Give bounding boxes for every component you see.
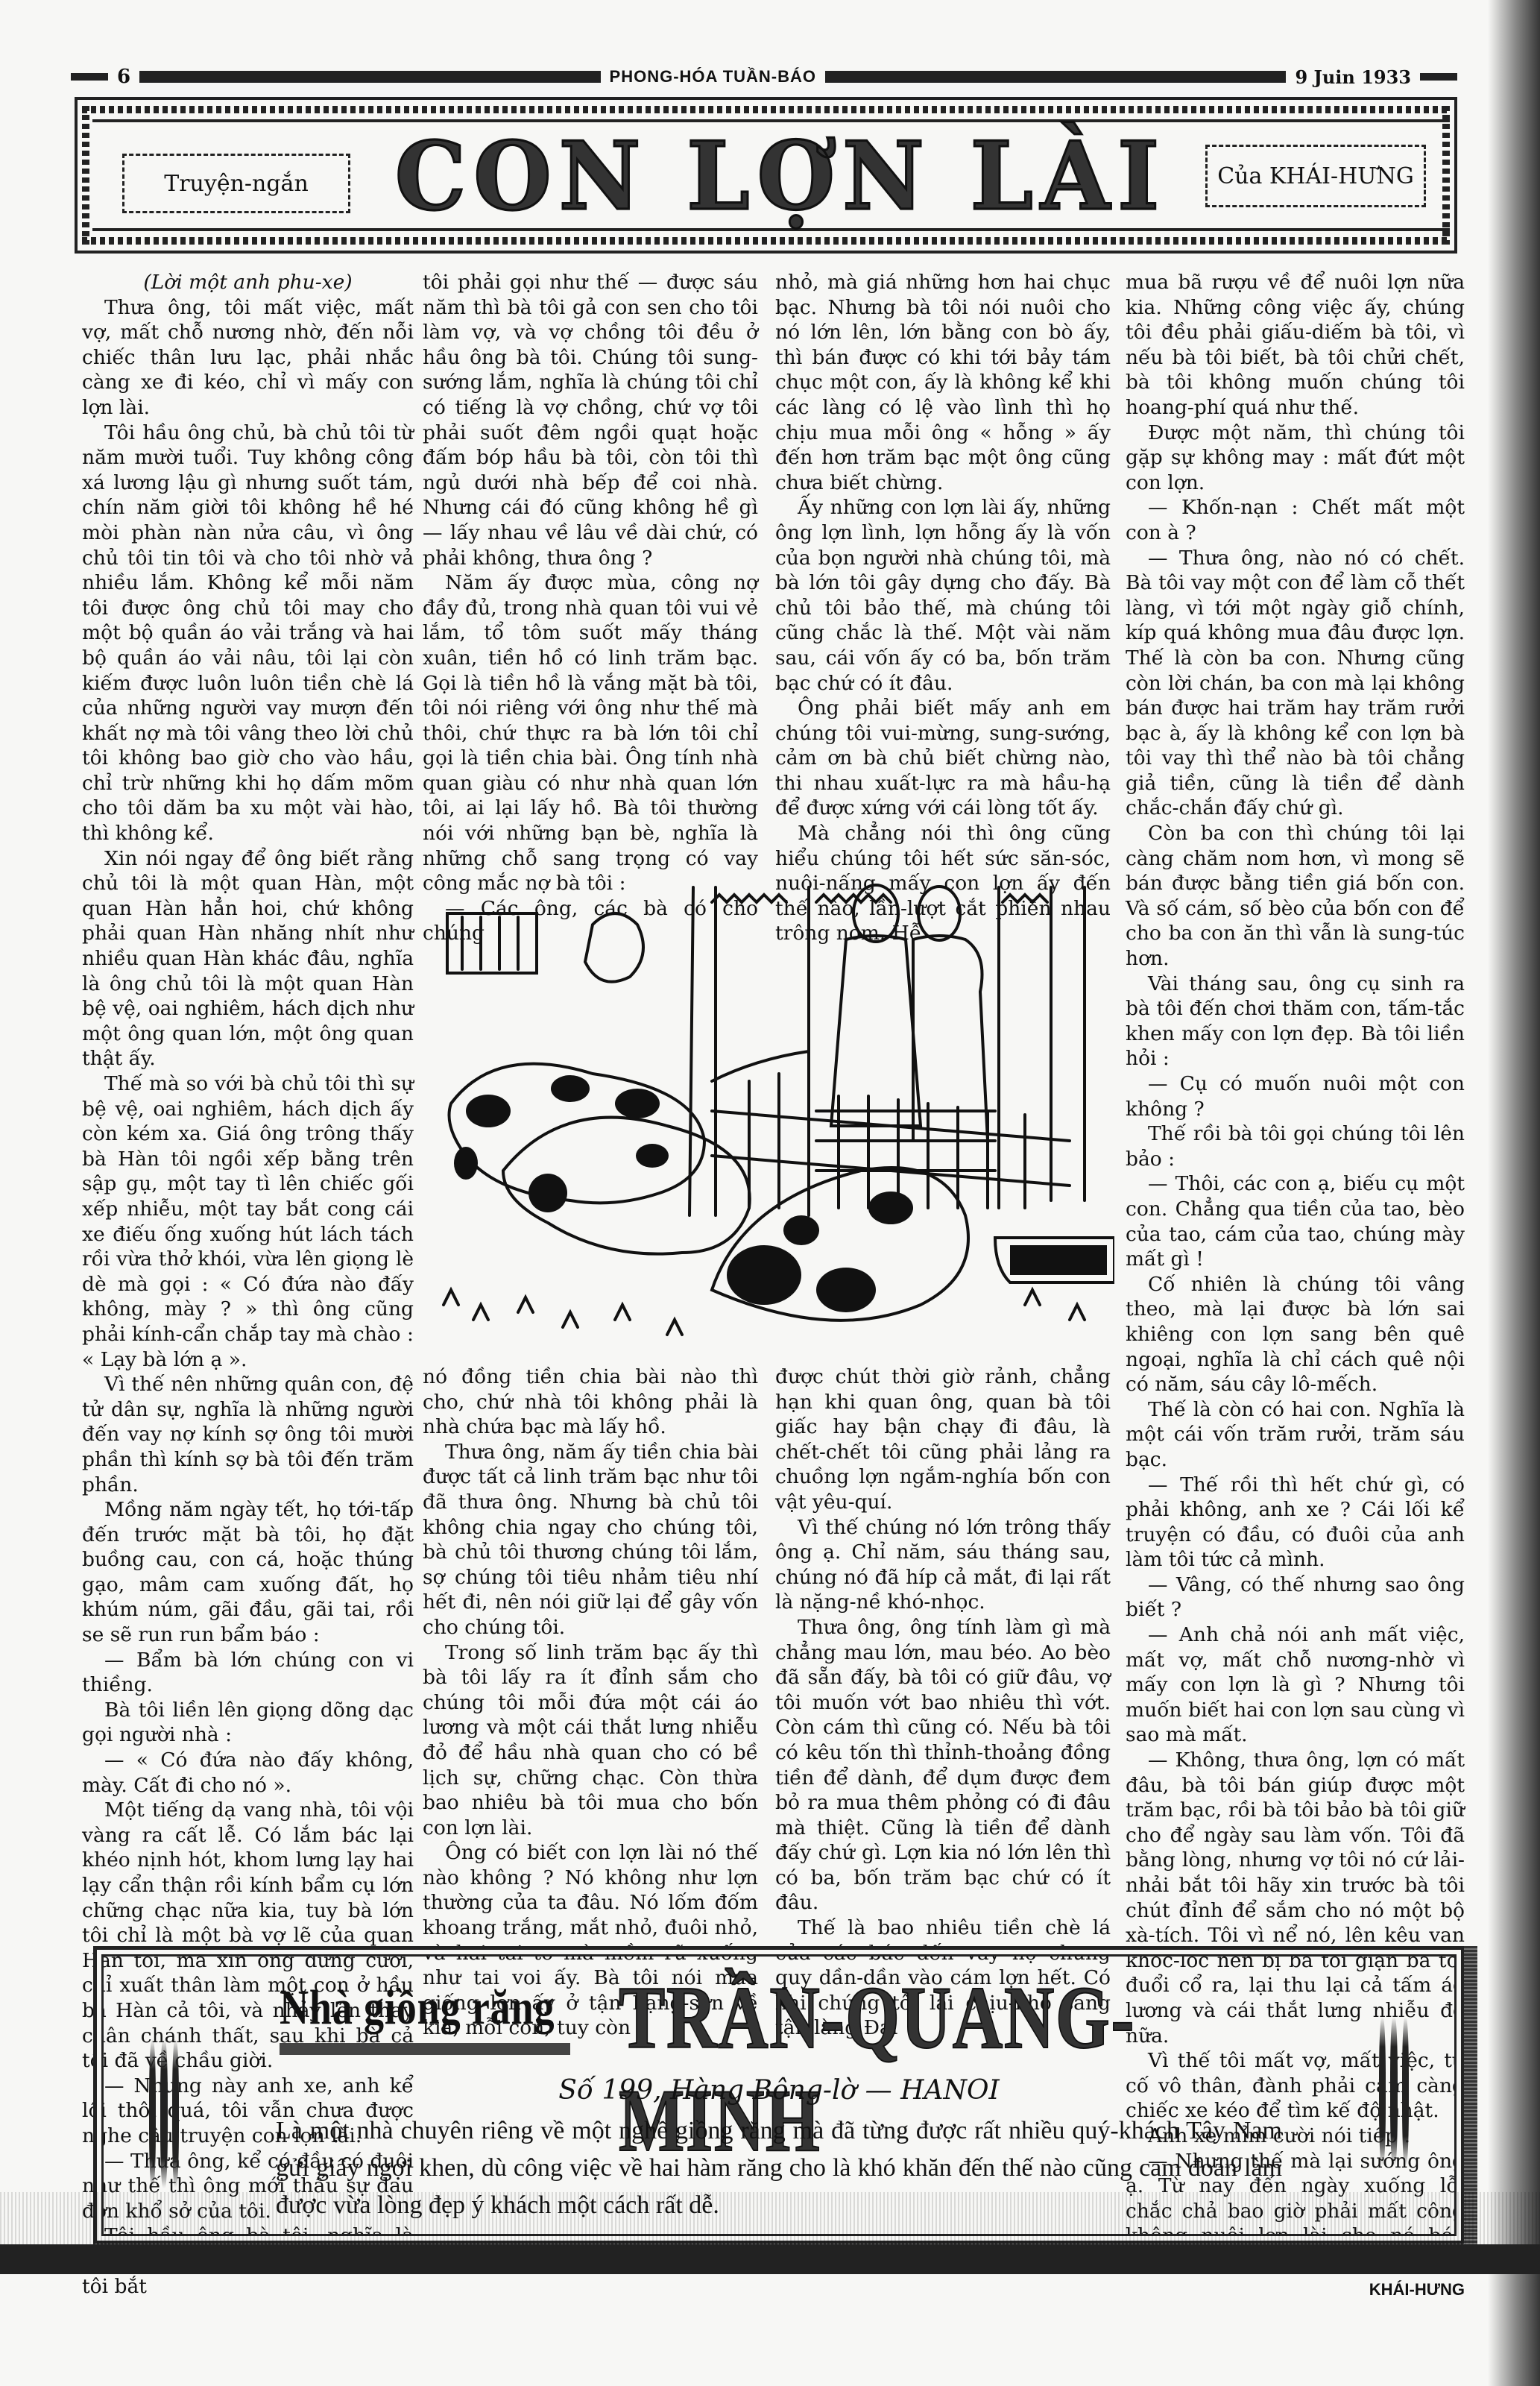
header-ornament bbox=[71, 73, 108, 81]
article-paragraph: Tôi hầu ông chủ, bà chủ tôi từ năm mười … bbox=[82, 421, 414, 846]
byline-box: Của KHÁI-HƯNG bbox=[1205, 145, 1426, 207]
banner-border-dots bbox=[1442, 106, 1450, 245]
article-paragraph: — Cụ có muốn nuôi một con không ? bbox=[1126, 1071, 1465, 1121]
article-paragraph: Được một năm, thì chúng tôi gặp sự không… bbox=[1126, 421, 1465, 496]
woman-figure bbox=[831, 936, 921, 1126]
scan-noise bbox=[0, 2192, 1540, 2244]
article-paragraph: Mồng năm ngày tết, họ tới-tấp đến trước … bbox=[82, 1497, 414, 1648]
article-paragraph: Thế rồi bà tôi gọi chúng tôi lên bảo : bbox=[1126, 1121, 1465, 1171]
article-paragraph: Thưa ông, năm ấy tiền chia bài được tất … bbox=[423, 1440, 758, 1640]
title-banner: Truyện-ngắn CON LỢN LÀI Của KHÁI-HƯNG bbox=[75, 97, 1457, 254]
author-signature: KHÁI-HƯNG bbox=[1126, 2277, 1465, 2302]
article-column-3-top: nhỏ, mà giá những hơn hai chục bạc. Nhưn… bbox=[775, 270, 1111, 946]
article-paragraph: (Lời một anh phu-xe) bbox=[82, 270, 414, 295]
article-paragraph: Ấy những con lợn lài ấy, những ông lợn l… bbox=[775, 495, 1111, 696]
article-paragraph: — Vâng, có thế nhưng sao ông biết ? bbox=[1126, 1573, 1465, 1622]
ad-kicker-underline bbox=[280, 2043, 570, 2055]
article-paragraph: tôi phải gọi như thế — được sáu năm thì … bbox=[423, 270, 758, 570]
article-paragraph: Thế mà so với bà chủ tôi thì sự bệ vệ, o… bbox=[82, 1071, 414, 1372]
banner-border-dots bbox=[82, 106, 89, 245]
pig-pen-illustration bbox=[429, 857, 1114, 1357]
article-column-2-top: tôi phải gọi như thế — được sáu năm thì … bbox=[423, 270, 758, 946]
article-paragraph: Trong số linh trăm bạc ấy thì bà tôi lấy… bbox=[423, 1640, 758, 1841]
page-header: 6 PHONG-HÓA TUẦN-BÁO 9 Juin 1933 bbox=[71, 66, 1457, 88]
scan-bottom-edge bbox=[0, 2244, 1540, 2274]
article-paragraph: mua bã rượu về để nuôi lợn nữa kia. Nhữn… bbox=[1126, 270, 1465, 421]
ad-address: Số 199, Hàng Bông-lờ — HANOI bbox=[97, 2075, 1461, 2106]
genre-text: Truyện-ngắn bbox=[164, 171, 309, 197]
article-paragraph: Bà tôi liền lên giọng dõng dạc gọi người… bbox=[82, 1698, 414, 1748]
article-paragraph: — Thưa ông, nào nó có chết. Bà tôi vay m… bbox=[1126, 546, 1465, 822]
article-paragraph: — Anh chả nói anh mất việc, mất vợ, mất … bbox=[1126, 1622, 1465, 1748]
banner-border-dots bbox=[82, 237, 1450, 245]
byline-text: Của KHÁI-HƯNG bbox=[1217, 163, 1414, 189]
article-paragraph: — Thế rồi thì hết chứ gì, có phải không,… bbox=[1126, 1473, 1465, 1573]
scan-edge-shadow bbox=[1488, 0, 1540, 2386]
article-paragraph: Thưa ông, tôi mất việc, mất vợ, mất chỗ … bbox=[82, 295, 414, 421]
article-paragraph: — Thôi, các con ạ, biếu cụ một con. Chẳn… bbox=[1126, 1171, 1465, 1271]
banner-border-dots bbox=[82, 106, 1450, 113]
article-paragraph: Vì thế chúng nó lớn trông thấy ông ạ. Ch… bbox=[775, 1515, 1111, 1615]
story-illustration bbox=[429, 857, 1114, 1357]
article-column-3-bottom: được chút thời giờ rảnh, chẳng hạn khi q… bbox=[775, 1364, 1111, 2041]
article-paragraph: được chút thời giờ rảnh, chẳng hạn khi q… bbox=[775, 1364, 1111, 1515]
article-paragraph: Còn ba con thì chúng tôi lại càng chăm n… bbox=[1126, 821, 1465, 972]
header-ornament bbox=[1420, 73, 1457, 81]
article-paragraph: — Khốn-nạn : Chết mất một con à ? bbox=[1126, 495, 1465, 545]
article-paragraph: Vì thế nên những quân con, đệ tử dân sự,… bbox=[82, 1372, 414, 1497]
article-paragraph: nó đồng tiền chia bài nào thì cho, chứ n… bbox=[423, 1364, 758, 1440]
article-paragraph: Thế là còn có hai con. Nghĩa là một cái … bbox=[1126, 1397, 1465, 1473]
header-rule bbox=[139, 71, 600, 83]
ad-kicker: Nhà giồng răng bbox=[280, 1980, 555, 2036]
article-paragraph: — Bẩm bà lớn chúng con vi thiềng. bbox=[82, 1648, 414, 1698]
article-paragraph: Xin nói ngay để ông biết rằng chủ tôi là… bbox=[82, 846, 414, 1071]
article-paragraph: Năm ấy được mùa, công nợ đầy đủ, trong n… bbox=[423, 570, 758, 896]
article-paragraph: Vài tháng sau, ông cụ sinh ra bà tôi đến… bbox=[1126, 972, 1465, 1071]
article-paragraph: Thưa ông, ông tính làm gì mà chẳng mau l… bbox=[775, 1615, 1111, 1916]
issue-date: 9 Juin 1933 bbox=[1295, 66, 1411, 88]
publication-name: PHONG-HÓA TUẦN-BÁO bbox=[610, 67, 817, 86]
genre-label: Truyện-ngắn bbox=[122, 154, 350, 213]
article-paragraph: Cố nhiên là chúng tôi vâng theo, mà lại … bbox=[1126, 1272, 1465, 1397]
article-paragraph: Ông phải biết mấy anh em chúng tôi vui-m… bbox=[775, 696, 1111, 821]
article-column-2-bottom: nó đồng tiền chia bài nào thì cho, chứ n… bbox=[423, 1364, 758, 2041]
article-paragraph: — « Có đứa nào đấy không, mày. Cất đi ch… bbox=[82, 1748, 414, 1798]
header-rule bbox=[825, 71, 1286, 83]
article-paragraph: nhỏ, mà giá những hơn hai chục bạc. Nhưn… bbox=[775, 270, 1111, 495]
page-number: 6 bbox=[117, 66, 130, 88]
ornament-flourish-icon bbox=[149, 2039, 179, 2188]
story-title: CON LỢN LÀI bbox=[361, 126, 1201, 228]
